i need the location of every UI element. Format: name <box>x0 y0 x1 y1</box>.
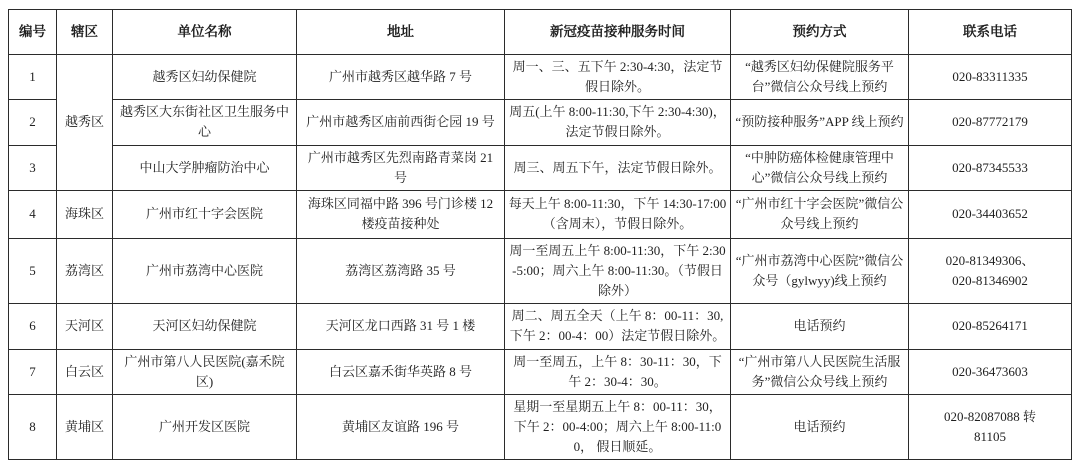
cell-phone: 020-82087088 转 81105 <box>909 394 1072 459</box>
table-row: 3 中山大学肿瘤防治中心 广州市越秀区先烈南路青菜岗 21 号 周三、周五下午，… <box>9 145 1072 190</box>
cell-id: 3 <box>9 145 57 190</box>
cell-booking-method: “中肿防癌体检健康管理中心”微信公众号线上预约 <box>731 145 909 190</box>
cell-district: 荔湾区 <box>57 238 113 303</box>
cell-address: 广州市越秀区越华路 7 号 <box>297 55 505 100</box>
cell-district: 白云区 <box>57 349 113 394</box>
cell-id: 7 <box>9 349 57 394</box>
table-row: 1 越秀区 越秀区妇幼保健院 广州市越秀区越华路 7 号 周一、三、五下午 2:… <box>9 55 1072 100</box>
cell-phone: 020-81349306、 020-81346902 <box>909 238 1072 303</box>
vaccination-sites-table: 编号 辖区 单位名称 地址 新冠疫苗接种服务时间 预约方式 联系电话 1 越秀区… <box>8 9 1072 460</box>
cell-service-time: 周一、三、五下午 2:30-4:30，法定节假日除外。 <box>505 55 731 100</box>
cell-service-time: 周五(上午 8:00-11:30,下午 2:30-4:30)，法定节假日除外。 <box>505 100 731 145</box>
cell-service-time: 周二、周五全天（上午 8：00-11：30,下午 2：00-4：00）法定节假日… <box>505 304 731 349</box>
cell-unit-name: 广州市荔湾中心医院 <box>113 238 297 303</box>
cell-id: 2 <box>9 100 57 145</box>
cell-service-time: 周三、周五下午，法定节假日除外。 <box>505 145 731 190</box>
cell-id: 8 <box>9 394 57 459</box>
cell-phone: 020-36473603 <box>909 349 1072 394</box>
table-row: 6 天河区 天河区妇幼保健院 天河区龙口西路 31 号 1 楼 周二、周五全天（… <box>9 304 1072 349</box>
cell-booking-method: “越秀区妇幼保健院服务平台”微信公众号线上预约 <box>731 55 909 100</box>
cell-booking-method: “广州市第八人民医院生活服务”微信公众号线上预约 <box>731 349 909 394</box>
cell-id: 5 <box>9 238 57 303</box>
cell-district: 黄埔区 <box>57 394 113 459</box>
cell-service-time: 星期一至星期五上午 8：00-11：30，下午 2：00-4:00；周六上午 8… <box>505 394 731 459</box>
header-phone: 联系电话 <box>909 10 1072 55</box>
cell-unit-name: 广州开发区医院 <box>113 394 297 459</box>
cell-service-time: 每天上午 8:00-11:30，下午 14:30-17:00（含周末），节假日除… <box>505 190 731 238</box>
table-row: 8 黄埔区 广州开发区医院 黄埔区友谊路 196 号 星期一至星期五上午 8：0… <box>9 394 1072 459</box>
cell-phone: 020-87772179 <box>909 100 1072 145</box>
cell-service-time: 周一至周五，上午 8：30-11：30，下午 2：30-4：30。 <box>505 349 731 394</box>
cell-phone: 020-87345533 <box>909 145 1072 190</box>
cell-unit-name: 中山大学肿瘤防治中心 <box>113 145 297 190</box>
cell-unit-name: 越秀区大东街社区卫生服务中心 <box>113 100 297 145</box>
table-row: 7 白云区 广州市第八人民医院(嘉禾院区) 白云区嘉禾街华英路 8 号 周一至周… <box>9 349 1072 394</box>
cell-booking-method: “预防接种服务”APP 线上预约 <box>731 100 909 145</box>
cell-address: 海珠区同福中路 396 号门诊楼 12 楼疫苗接种处 <box>297 190 505 238</box>
cell-id: 1 <box>9 55 57 100</box>
table-row: 5 荔湾区 广州市荔湾中心医院 荔湾区荔湾路 35 号 周一至周五上午 8:00… <box>9 238 1072 303</box>
cell-phone: 020-34403652 <box>909 190 1072 238</box>
table-header-row: 编号 辖区 单位名称 地址 新冠疫苗接种服务时间 预约方式 联系电话 <box>9 10 1072 55</box>
cell-service-time: 周一至周五上午 8:00-11:30，下午 2:30-5:00；周六上午 8:0… <box>505 238 731 303</box>
cell-phone: 020-85264171 <box>909 304 1072 349</box>
header-id: 编号 <box>9 10 57 55</box>
cell-district: 天河区 <box>57 304 113 349</box>
table-row: 2 越秀区大东街社区卫生服务中心 广州市越秀区庙前西街仑园 19 号 周五(上午… <box>9 100 1072 145</box>
table-row: 4 海珠区 广州市红十字会医院 海珠区同福中路 396 号门诊楼 12 楼疫苗接… <box>9 190 1072 238</box>
cell-district: 海珠区 <box>57 190 113 238</box>
header-service-time: 新冠疫苗接种服务时间 <box>505 10 731 55</box>
cell-unit-name: 越秀区妇幼保健院 <box>113 55 297 100</box>
vaccination-table-page: 编号 辖区 单位名称 地址 新冠疫苗接种服务时间 预约方式 联系电话 1 越秀区… <box>0 0 1080 447</box>
cell-address: 白云区嘉禾街华英路 8 号 <box>297 349 505 394</box>
cell-booking-method: 电话预约 <box>731 394 909 459</box>
cell-booking-method: 电话预约 <box>731 304 909 349</box>
header-unit-name: 单位名称 <box>113 10 297 55</box>
cell-district: 越秀区 <box>57 55 113 191</box>
cell-phone: 020-83311335 <box>909 55 1072 100</box>
cell-address: 荔湾区荔湾路 35 号 <box>297 238 505 303</box>
cell-address: 黄埔区友谊路 196 号 <box>297 394 505 459</box>
cell-address: 广州市越秀区先烈南路青菜岗 21 号 <box>297 145 505 190</box>
header-district: 辖区 <box>57 10 113 55</box>
cell-id: 6 <box>9 304 57 349</box>
cell-unit-name: 广州市红十字会医院 <box>113 190 297 238</box>
cell-unit-name: 广州市第八人民医院(嘉禾院区) <box>113 349 297 394</box>
cell-address: 天河区龙口西路 31 号 1 楼 <box>297 304 505 349</box>
cell-address: 广州市越秀区庙前西街仑园 19 号 <box>297 100 505 145</box>
cell-booking-method: “广州市荔湾中心医院”微信公众号（gylwyy)线上预约 <box>731 238 909 303</box>
header-booking-method: 预约方式 <box>731 10 909 55</box>
cell-booking-method: “广州市红十字会医院”微信公众号线上预约 <box>731 190 909 238</box>
cell-unit-name: 天河区妇幼保健院 <box>113 304 297 349</box>
header-address: 地址 <box>297 10 505 55</box>
cell-id: 4 <box>9 190 57 238</box>
